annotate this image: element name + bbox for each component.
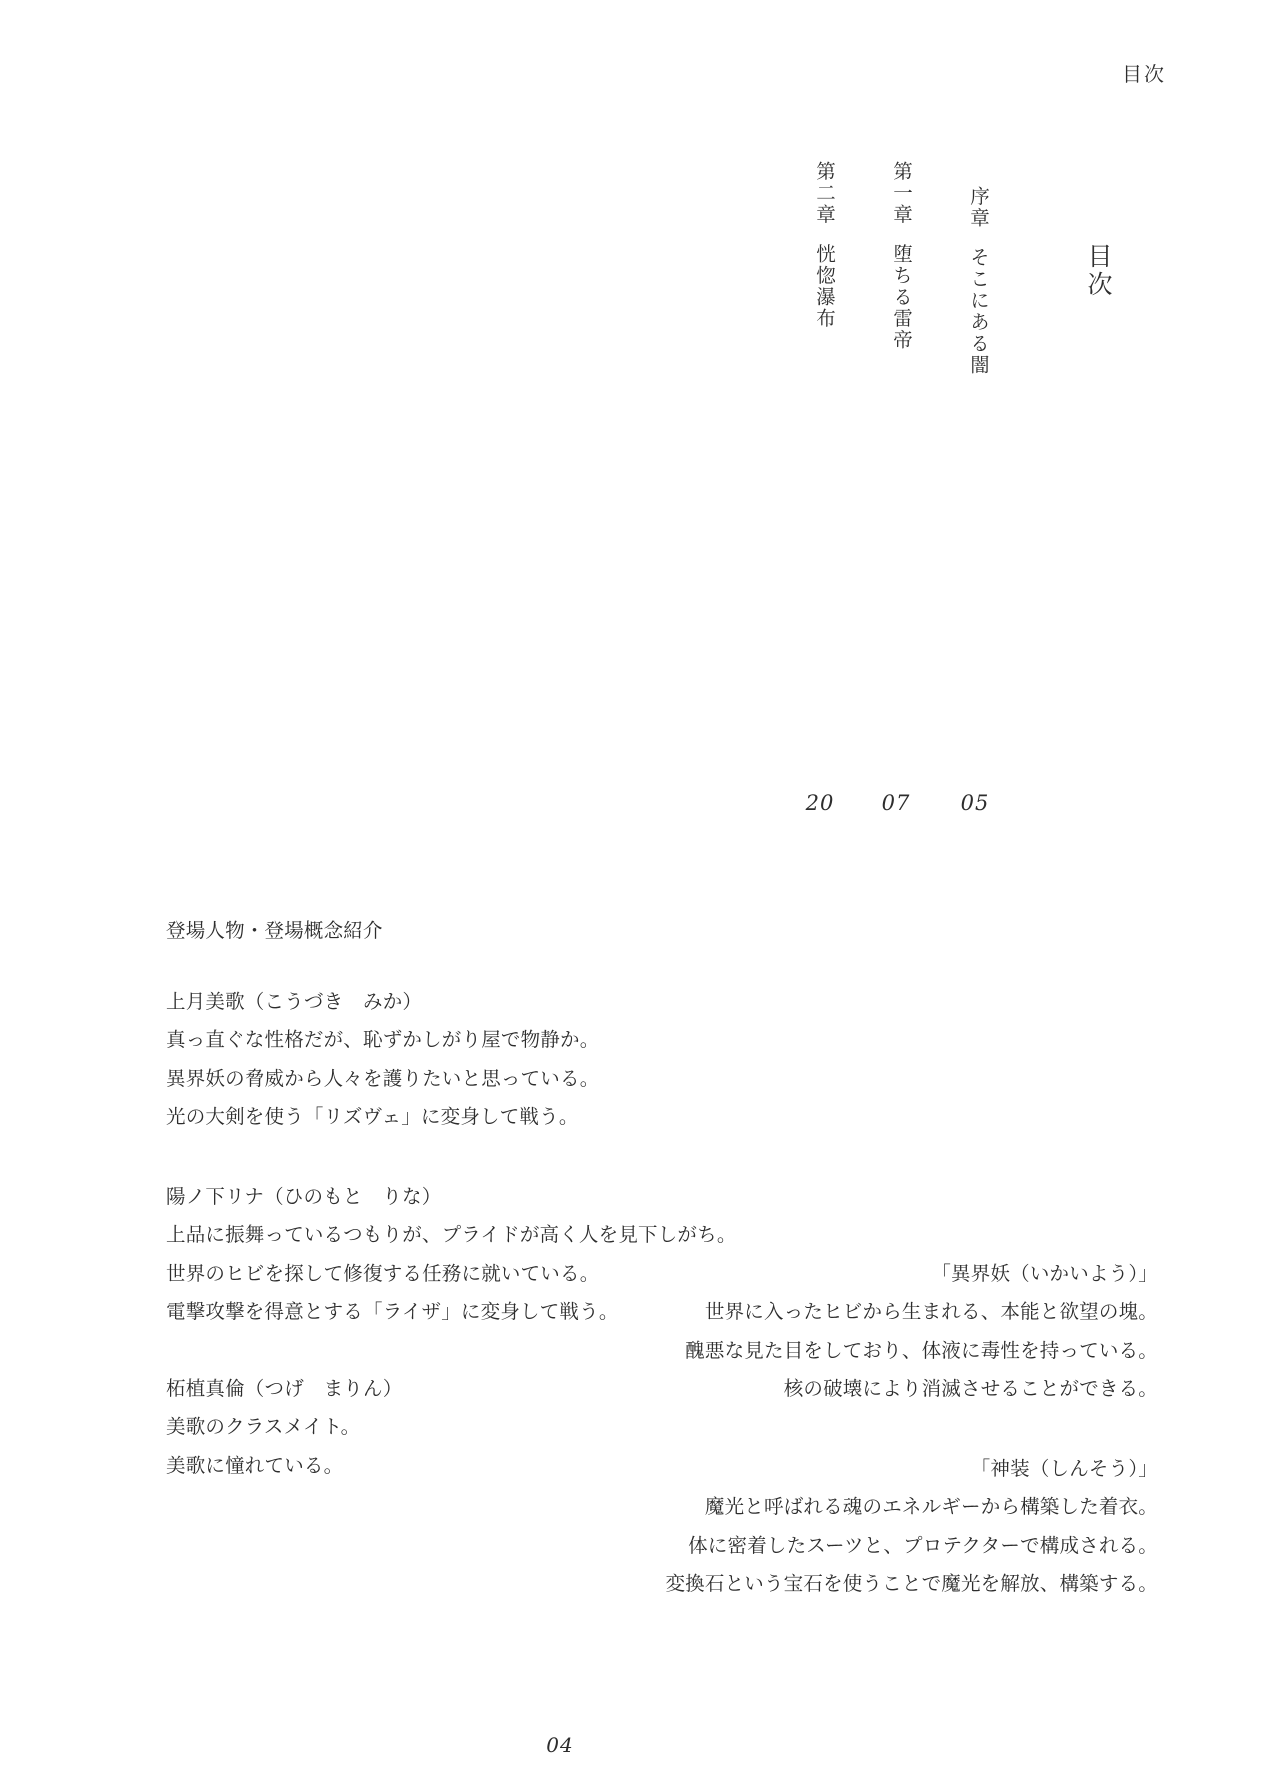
concept-entry-shinsou: 「神装（しんそう）」 魔光と呼ばれる魂のエネルギーから構築した着衣。 体に密着し… bbox=[665, 1451, 1158, 1604]
character-line: 上品に振舞っているつもりが、プライドが高く人を見下しがち。 bbox=[166, 1217, 737, 1255]
character-entry-mika: 上月美歌（こうづき みか） 真っ直ぐな性格だが、恥ずかしがり屋で物静か。 異界妖… bbox=[166, 984, 599, 1137]
toc-chapter-2: 第二章恍惚瀑布 bbox=[809, 161, 837, 330]
toc-page-number-2: 20 bbox=[802, 791, 838, 815]
character-entry-rina: 陽ノ下リナ（ひのもと りな） 上品に振舞っているつもりが、プライドが高く人を見下… bbox=[166, 1179, 737, 1332]
toc-chapter-prologue: 序章そこにある闇 bbox=[963, 186, 991, 376]
concept-term: 「神装（しんそう）」 bbox=[665, 1451, 1158, 1489]
toc-chapter-1: 第一章堕ちる雷帝 bbox=[886, 161, 914, 351]
toc-page: 目次 目次 序章そこにある闇 第一章堕ちる雷帝 第二章恍惚瀑布 05 07 20… bbox=[0, 0, 1280, 1790]
footer-page-number: 04 bbox=[542, 1733, 578, 1757]
character-line: 光の大剣を使う「リズヴェ」に変身して戦う。 bbox=[166, 1099, 599, 1137]
chapter-label: 第一章 bbox=[890, 161, 911, 226]
concept-term: 「異界妖（いかいよう）」 bbox=[685, 1256, 1158, 1294]
vertical-gap bbox=[823, 226, 824, 244]
characters-heading: 登場人物・登場概念紹介 bbox=[166, 913, 383, 951]
vertical-gap bbox=[977, 229, 978, 247]
concept-line: 核の破壊により消滅させることができる。 bbox=[685, 1371, 1158, 1409]
chapter-title: 堕ちる雷帝 bbox=[890, 244, 911, 352]
corner-label: 目次 bbox=[1122, 58, 1166, 87]
chapter-label: 序章 bbox=[967, 186, 988, 229]
concept-line: 魔光と呼ばれる魂のエネルギーから構築した着衣。 bbox=[665, 1489, 1158, 1527]
toc-page-number-prologue: 05 bbox=[957, 791, 993, 815]
concept-line: 体に密着したスーツと、プロテクターで構成される。 bbox=[665, 1528, 1158, 1566]
chapter-title: 恍惚瀑布 bbox=[813, 244, 834, 330]
character-entry-marin: 柘植真倫（つげ まりん） 美歌のクラスメイト。 美歌に憧れている。 bbox=[166, 1371, 402, 1486]
vertical-gap bbox=[900, 226, 901, 244]
character-line: 電撃攻撃を得意とする「ライザ」に変身して戦う。 bbox=[166, 1294, 737, 1332]
character-line: 世界のヒビを探して修復する任務に就いている。 bbox=[166, 1256, 737, 1294]
character-name: 上月美歌（こうづき みか） bbox=[166, 984, 599, 1022]
chapter-label: 第二章 bbox=[813, 161, 834, 226]
character-line: 真っ直ぐな性格だが、恥ずかしがり屋で物静か。 bbox=[166, 1022, 599, 1060]
character-line: 美歌のクラスメイト。 bbox=[166, 1409, 402, 1447]
concept-entry-ikaiyou: 「異界妖（いかいよう）」 世界に入ったヒビから生まれる、本能と欲望の塊。 醜悪な… bbox=[685, 1256, 1158, 1409]
character-name: 陽ノ下リナ（ひのもと りな） bbox=[166, 1179, 737, 1217]
toc-title: 目次 bbox=[1079, 243, 1115, 299]
character-name: 柘植真倫（つげ まりん） bbox=[166, 1371, 402, 1409]
concept-line: 変換石という宝石を使うことで魔光を解放、構築する。 bbox=[665, 1566, 1158, 1604]
character-line: 異界妖の脅威から人々を護りたいと思っている。 bbox=[166, 1061, 599, 1099]
concept-line: 世界に入ったヒビから生まれる、本能と欲望の塊。 bbox=[685, 1294, 1158, 1332]
concept-line: 醜悪な見た目をしており、体液に毒性を持っている。 bbox=[685, 1333, 1158, 1371]
toc-page-number-1: 07 bbox=[878, 791, 914, 815]
chapter-title: そこにある闇 bbox=[967, 247, 988, 376]
character-line: 美歌に憧れている。 bbox=[166, 1448, 402, 1486]
